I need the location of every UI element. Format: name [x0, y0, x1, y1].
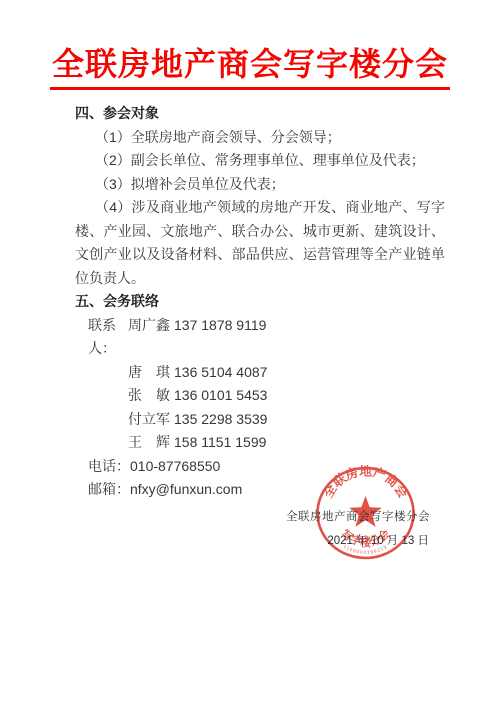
contact-name: 王 辉: [128, 431, 174, 455]
participant-item-1: （1）全联房地产商会领导、分会领导；: [75, 126, 445, 150]
participant-item-3: （3）拟增补会员单位及代表；: [75, 173, 445, 197]
contact-phone: 135 2298 3539: [174, 408, 267, 432]
section-heading-liaison: 五、会务联络: [75, 290, 445, 314]
telephone-label: 电话：: [88, 458, 130, 474]
email-value: nfxy@funxun.com: [130, 481, 242, 497]
document-page: 全联房地产商会写字楼分会 四、参会对象 （1）全联房地产商会领导、分会领导； （…: [0, 0, 500, 707]
participant-item-2: （2）副会长单位、常务理事单位、理事单位及代表；: [75, 149, 445, 173]
contact-phone: 136 0101 5453: [174, 384, 267, 408]
contacts-label-spacer: [88, 384, 128, 408]
contact-name: 唐 琪: [128, 361, 174, 385]
contact-row: 唐 琪 136 5104 4087: [75, 361, 445, 385]
contact-name: 张 敏: [128, 384, 174, 408]
signature-date: 2021 年 10 月 13 日: [327, 532, 429, 548]
contact-row: 付立军 135 2298 3539: [75, 408, 445, 432]
contacts-label-spacer: [88, 408, 128, 432]
contact-row: 张 敏 136 0101 5453: [75, 384, 445, 408]
contact-phone: 136 5104 4087: [174, 361, 267, 385]
contact-phone: 137 1878 9119: [174, 314, 266, 361]
document-title: 全联房地产商会写字楼分会: [50, 44, 450, 90]
contact-row: 王 辉 158 1151 1599: [75, 431, 445, 455]
seal-text-top: 全联房地产商会: [320, 465, 411, 501]
contacts-label-spacer: [88, 361, 128, 385]
contact-row: 联系人： 周广鑫 137 1878 9119: [75, 314, 445, 361]
contacts-label-spacer: [88, 431, 128, 455]
contact-name: 周广鑫: [128, 314, 174, 361]
contacts-label: 联系人：: [88, 314, 128, 361]
section-heading-participants: 四、参会对象: [75, 102, 445, 126]
contact-name: 付立军: [128, 408, 174, 432]
document-body: 四、参会对象 （1）全联房地产商会领导、分会领导； （2）副会长单位、常务理事单…: [75, 102, 445, 502]
participant-item-4: （4）涉及商业地产领域的房地产开发、商业地产、写字楼、产业园、文旅地产、联合办公…: [75, 196, 445, 290]
email-label: 邮箱：: [88, 481, 130, 497]
signature-organization: 全联房地产商会写字楼分会: [286, 508, 430, 524]
telephone-value: 010-87768550: [130, 458, 220, 474]
contact-phone: 158 1151 1599: [174, 431, 266, 455]
